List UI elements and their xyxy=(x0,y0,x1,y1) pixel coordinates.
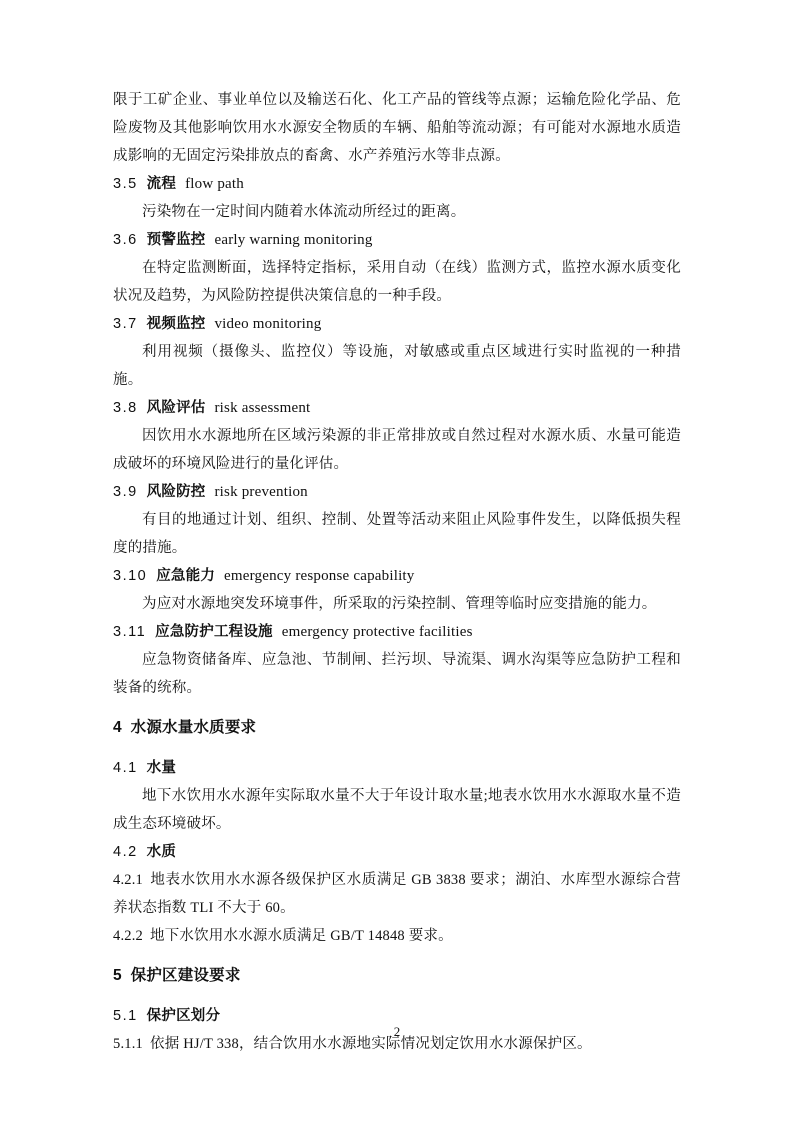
clause-number: 4.2.1 xyxy=(113,872,143,888)
term-label-en: emergency protective facilities xyxy=(282,624,473,640)
term-label-zh: 视频监控 xyxy=(147,316,206,332)
clause-paragraph: 4.2.1地表水饮用水水源各级保护区水质满足 GB 3838 要求；湖泊、水库型… xyxy=(113,866,681,922)
document-page: 限于工矿企业、事业单位以及输送石化、化工产品的管线等点源；运输危险化学品、危险废… xyxy=(0,0,794,1123)
paragraph-text: 污染物在一定时间内随着水体流动所经过的距离。 xyxy=(142,204,465,220)
term-label-zh: 应急防护工程设施 xyxy=(155,624,273,640)
term-number: 3.10 xyxy=(113,568,147,584)
term-label-en: early warning monitoring xyxy=(214,232,372,248)
term-heading: 3.7视频监控video monitoring xyxy=(113,310,681,338)
clause-text: 地表水饮用水水源各级保护区水质满足 GB 3838 要求；湖泊、水库型水源综合营… xyxy=(113,872,681,916)
term-label-en: emergency response capability xyxy=(224,568,414,584)
term-label-en: flow path xyxy=(185,176,244,192)
paragraph-text: 限于工矿企业、事业单位以及输送石化、化工产品的管线等点源；运输危险化学品、危险废… xyxy=(113,92,681,164)
paragraph-text: 应急物资储备库、应急池、节制闸、拦污坝、导流渠、调水沟渠等应急防护工程和装备的统… xyxy=(113,652,681,696)
paragraph-text: 利用视频（摄像头、监控仪）等设施，对敏感或重点区域进行实时监视的一种措施。 xyxy=(113,344,681,388)
definition-paragraph: 限于工矿企业、事业单位以及输送石化、化工产品的管线等点源；运输危险化学品、危险废… xyxy=(113,86,681,170)
document-content: 限于工矿企业、事业单位以及输送石化、化工产品的管线等点源；运输危险化学品、危险废… xyxy=(113,86,681,1058)
chapter-label: 水源水量水质要求 xyxy=(131,719,257,736)
term-number: 3.11 xyxy=(113,624,146,640)
term-label-zh: 预警监控 xyxy=(147,232,206,248)
term-label-zh: 水量 xyxy=(147,760,176,776)
definition-paragraph: 在特定监测断面，选择特定指标，采用自动（在线）监测方式，监控水源水质变化状况及趋… xyxy=(113,254,681,310)
term-heading: 3.9风险防控risk prevention xyxy=(113,478,681,506)
chapter-heading: 4水源水量水质要求 xyxy=(113,714,681,742)
definition-paragraph: 污染物在一定时间内随着水体流动所经过的距离。 xyxy=(113,198,681,226)
definition-paragraph: 因饮用水水源地所在区域污染源的非正常排放或自然过程对水源水质、水量可能造成破坏的… xyxy=(113,422,681,478)
clause-number: 4.2.2 xyxy=(113,928,143,944)
chapter-number: 4 xyxy=(113,719,123,736)
term-number: 3.8 xyxy=(113,400,138,416)
clause-text: 地下水饮用水水源水质满足 GB/T 14848 要求。 xyxy=(150,928,453,944)
chapter-label: 保护区建设要求 xyxy=(131,967,241,984)
chapter-heading: 5保护区建设要求 xyxy=(113,962,681,990)
term-number: 3.9 xyxy=(113,484,138,500)
term-heading: 3.6预警监控early warning monitoring xyxy=(113,226,681,254)
term-number: 3.6 xyxy=(113,232,138,248)
term-heading: 3.5流程flow path xyxy=(113,170,681,198)
definition-paragraph: 为应对水源地突发环境事件，所采取的污染控制、管理等临时应变措施的能力。 xyxy=(113,590,681,618)
term-heading: 4.1水量 xyxy=(113,754,681,782)
term-label-zh: 水质 xyxy=(147,844,176,860)
definition-paragraph: 有目的地通过计划、组织、控制、处置等活动来阻止风险事件发生，以降低损失程度的措施… xyxy=(113,506,681,562)
paragraph-text: 为应对水源地突发环境事件，所采取的污染控制、管理等临时应变措施的能力。 xyxy=(142,596,657,612)
term-label-en: video monitoring xyxy=(214,316,321,332)
chapter-number: 5 xyxy=(113,967,123,984)
page-number: 2 xyxy=(0,1022,794,1042)
definition-paragraph: 地下水饮用水水源年实际取水量不大于年设计取水量;地表水饮用水水源取水量不造成生态… xyxy=(113,782,681,838)
term-label-zh: 应急能力 xyxy=(156,568,215,584)
term-label-zh: 风险评估 xyxy=(147,400,206,416)
term-number: 3.7 xyxy=(113,316,138,332)
term-heading: 3.8风险评估risk assessment xyxy=(113,394,681,422)
definition-paragraph: 利用视频（摄像头、监控仪）等设施，对敏感或重点区域进行实时监视的一种措施。 xyxy=(113,338,681,394)
definition-paragraph: 应急物资储备库、应急池、节制闸、拦污坝、导流渠、调水沟渠等应急防护工程和装备的统… xyxy=(113,646,681,702)
paragraph-text: 有目的地通过计划、组织、控制、处置等活动来阻止风险事件发生，以降低损失程度的措施… xyxy=(113,512,681,556)
term-label-en: risk prevention xyxy=(214,484,307,500)
term-heading: 3.11应急防护工程设施emergency protective facilit… xyxy=(113,618,681,646)
term-number: 4.1 xyxy=(113,760,138,776)
term-number: 4.2 xyxy=(113,844,138,860)
paragraph-text: 因饮用水水源地所在区域污染源的非正常排放或自然过程对水源水质、水量可能造成破坏的… xyxy=(113,428,681,472)
term-label-en: risk assessment xyxy=(214,400,310,416)
term-heading: 4.2水质 xyxy=(113,838,681,866)
term-label-zh: 风险防控 xyxy=(147,484,206,500)
clause-paragraph: 4.2.2地下水饮用水水源水质满足 GB/T 14848 要求。 xyxy=(113,922,681,950)
term-label-zh: 流程 xyxy=(147,176,176,192)
term-heading: 3.10应急能力emergency response capability xyxy=(113,562,681,590)
term-number: 3.5 xyxy=(113,176,138,192)
paragraph-text: 地下水饮用水水源年实际取水量不大于年设计取水量;地表水饮用水水源取水量不造成生态… xyxy=(113,788,681,832)
paragraph-text: 在特定监测断面，选择特定指标，采用自动（在线）监测方式，监控水源水质变化状况及趋… xyxy=(113,260,681,304)
